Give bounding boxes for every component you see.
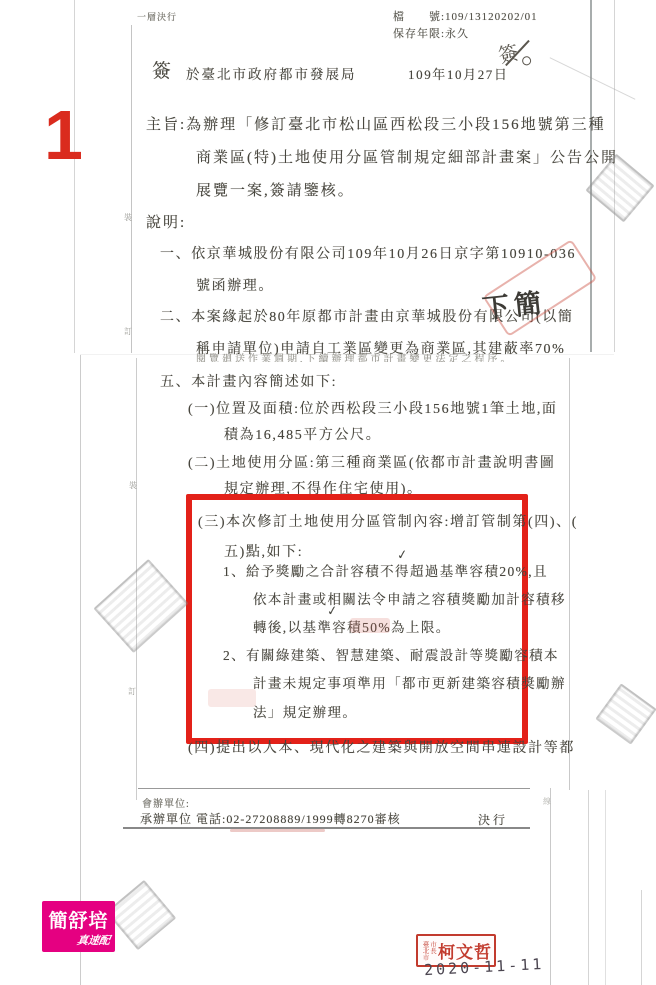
sub-item-3-line: (三)本次修訂土地使用分區管制內容:增訂管制第(四)、( — [198, 511, 578, 531]
doc-type-label: 簽 — [152, 56, 173, 83]
binding-mark: 訂 — [124, 326, 132, 337]
checkmark-icon: ✓ — [396, 547, 409, 563]
page-edge — [590, 0, 592, 352]
sub-item-2-line: (二)土地使用分區:第三種商業區(依都市計畫說明書圖 — [188, 452, 555, 472]
faded-seal-stamp — [93, 559, 188, 653]
footer-rule — [123, 827, 530, 829]
doc-date: 109年10月27日 — [408, 64, 509, 83]
handler-line: 承辦單位 電話:02-27208889/1999轉8270審核 — [140, 810, 401, 827]
item-5-heading: 五、本計畫內容簡述如下: — [160, 371, 337, 391]
point-2-line: 計畫未規定事項準用「都市更新建築容積獎勵辦 — [253, 672, 566, 692]
faded-seal-stamp — [595, 683, 656, 744]
sub-item-4-line: (四)提出以人本、現代化之建築與開放空間串連設計等都 — [188, 737, 575, 757]
faded-seal-stamp — [106, 880, 176, 950]
item-1-line: 號函辦理。 — [196, 275, 274, 295]
councilor-logo: 簡舒培 真速配 — [42, 901, 115, 952]
binding-mark: 線 — [543, 796, 551, 807]
footer-rule — [138, 788, 530, 789]
sub-item-1-line: (一)位置及面積:位於西松段三小段156地號1筆土地,面 — [188, 398, 558, 418]
subject-line: 展覽一案,簽請鑒核。 — [196, 179, 355, 200]
checkmark-icon: ✓ — [326, 603, 339, 619]
item-1-line: 一、依京華城股份有限公司109年10月26日京字第10910-036 — [160, 243, 576, 263]
binding-mark: 裝 — [124, 212, 132, 223]
mayor-stamp-title-role: 市長 — [429, 941, 436, 961]
binding-mark: 裝 — [129, 480, 137, 491]
page-number: 1 — [44, 100, 83, 170]
sub-item-1-line: 積為16,485平方公尺。 — [224, 424, 381, 444]
cropped-text: 閱覽廻送作業週期,下續辦理都市計畫變更法定之程序。 — [196, 352, 514, 362]
page-edge — [605, 790, 606, 985]
red-smudge — [350, 618, 390, 633]
subject-line: 商業區(特)土地使用分區管制規定細部計畫案」公告公開 — [196, 146, 618, 167]
page-edge — [641, 890, 642, 985]
subject-line: 主旨:為辦理「修訂臺北市松山區西松段三小段156地號第三種 — [146, 113, 606, 134]
page-edge — [569, 358, 570, 790]
explanation-label: 說明: — [146, 211, 186, 232]
page-edge — [550, 788, 551, 985]
page-edge — [74, 0, 75, 353]
scanned-document: 裝 訂 裝 訂 線 1 一層決行 檔 號:109/13120202/01 保存年… — [0, 0, 656, 985]
decision-label: 決行 — [478, 811, 508, 828]
retention-period: 保存年限:永久 — [393, 25, 469, 41]
binding-line — [131, 25, 132, 353]
scribble-circle — [521, 55, 532, 66]
agency-name: 於臺北市政府都市發展局 — [186, 63, 357, 83]
scan-crease — [550, 57, 636, 100]
point-2-line: 法」規定辦理。 — [253, 701, 357, 721]
point-1-line: 1、給予獎勵之合計容積不得超過基準容積20%,且 — [223, 560, 548, 580]
co-org-label: 會辦單位: — [142, 795, 190, 810]
decision-level-note: 一層決行 — [137, 10, 177, 23]
logo-tagline: 真速配 — [76, 932, 111, 948]
page-edge — [80, 355, 81, 985]
file-number: 檔 號:109/13120202/01 — [393, 8, 538, 24]
mayor-stamp-title-city: 臺北市 — [421, 941, 428, 961]
sub-item-3-line: 五)點,如下: — [224, 541, 303, 561]
cropped-text-line: 閱覽廻送作業週期,下續辦理都市計畫變更法定之程序。 — [196, 352, 514, 362]
red-underline-smudge — [230, 829, 325, 832]
mayor-stamp-title: 臺北市 市長 — [421, 941, 435, 961]
page-edge — [588, 790, 589, 985]
logo-name: 簡舒培 — [42, 906, 115, 933]
point-2-line: 2、有關綠建築、智慧建築、耐震設計等獎勵容積本 — [223, 644, 559, 664]
handwritten-note: 下簡 — [480, 281, 548, 326]
binding-mark: 訂 — [128, 686, 136, 697]
point-1-line: 依本計畫或相關法令申請之容積獎勵加計容積移 — [253, 588, 566, 608]
red-smudge — [208, 689, 256, 707]
